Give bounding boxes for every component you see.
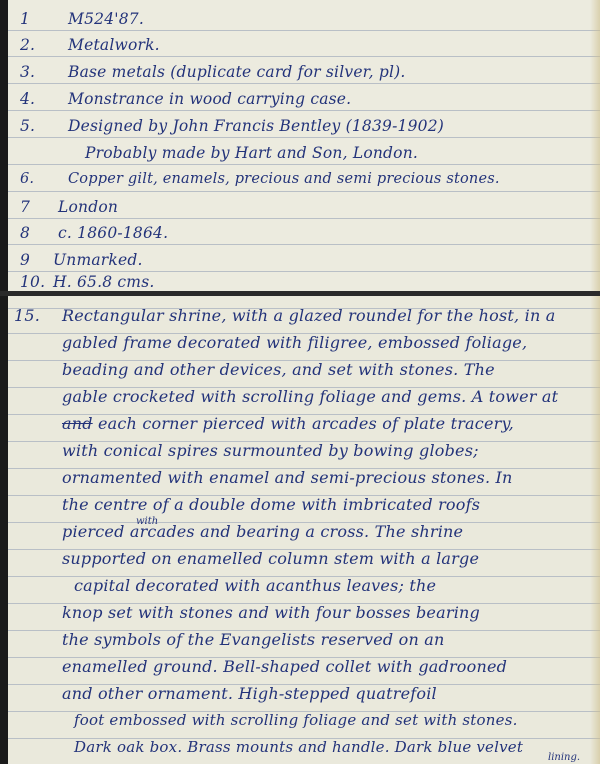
description-text: the symbols of the Evangelists reserved … (62, 630, 445, 649)
entry-number: 15. (14, 306, 42, 325)
paper-edge (590, 296, 600, 764)
description-text: capital decorated with acanthus leaves; … (74, 576, 436, 595)
description-text: beading and other devices, and set with … (62, 360, 495, 379)
entry-text: c. 1860-1864. (58, 224, 168, 242)
ruled-line (8, 244, 600, 245)
ruled-line (8, 137, 600, 138)
paper-edge (590, 0, 600, 291)
description-text: supported on enamelled column stem with … (62, 549, 479, 568)
ruled-line (8, 164, 600, 165)
ruled-line (8, 110, 600, 111)
description-text: gable crocketed with scrolling foliage a… (62, 387, 558, 406)
description-text: pierced arcades and bearing a cross. The… (62, 522, 463, 541)
ruled-line (8, 191, 600, 192)
entry-number: 9 (20, 251, 48, 269)
description-text: and each corner pierced with arcades of … (62, 414, 514, 433)
ruled-line (8, 83, 600, 84)
description-text: ornamented with enamel and semi-precious… (62, 468, 513, 487)
entry-number: 3. (20, 63, 48, 81)
description-text: with conical spires surmounted by bowing… (62, 441, 479, 460)
entry-text: London (58, 198, 118, 216)
struck-word: and (62, 414, 93, 433)
ruled-line (8, 56, 600, 57)
ruled-line (8, 30, 600, 31)
description-text-remainder: each corner pierced with arcades of plat… (98, 414, 514, 433)
ruled-line (8, 218, 600, 219)
entry-text: Metalwork. (68, 36, 160, 54)
entry-number: 7 (20, 198, 48, 216)
description-text: and other ornament. High-stepped quatref… (62, 684, 437, 703)
catalogue-card-top: 1 M524'87. 2. Metalwork. 3. Base metals … (8, 0, 600, 291)
entry-text: Designed by John Francis Bentley (1839-1… (68, 117, 444, 135)
entry-number: 8 (20, 224, 48, 242)
entry-text: Probably made by Hart and Son, London. (85, 144, 418, 162)
entry-number: 5. (20, 117, 48, 135)
entry-text: Unmarked. (53, 251, 143, 269)
entry-text: Monstrance in wood carrying case. (68, 90, 351, 108)
inserted-word: lining. (548, 752, 580, 763)
entry-text: H. 65.8 cms. (53, 273, 154, 291)
entry-number: 2. (20, 36, 48, 54)
catalogue-card-bottom: 15. Rectangular shrine, with a glazed ro… (8, 296, 600, 764)
entry-text: Base metals (duplicate card for silver, … (68, 63, 406, 81)
description-text: Rectangular shrine, with a glazed rounde… (62, 306, 555, 325)
entry-number: 4. (20, 90, 48, 108)
entry-text: Copper gilt, enamels, precious and semi … (68, 171, 500, 187)
description-text: enamelled ground. Bell-shaped collet wit… (62, 657, 507, 676)
description-text: foot embossed with scrolling foliage and… (74, 711, 518, 729)
description-text: Dark oak box. Brass mounts and handle. D… (74, 738, 523, 756)
entry-text: M524'87. (68, 10, 144, 28)
ruled-line (8, 271, 600, 272)
entry-number: 6. (20, 171, 48, 187)
description-text: gabled frame decorated with filigree, em… (62, 333, 527, 352)
description-text: knop set with stones and with four bosse… (62, 603, 480, 622)
description-text: the centre of a double dome with imbrica… (62, 495, 480, 514)
entry-number: 1 (20, 10, 48, 28)
entry-number: 10. (20, 273, 48, 291)
